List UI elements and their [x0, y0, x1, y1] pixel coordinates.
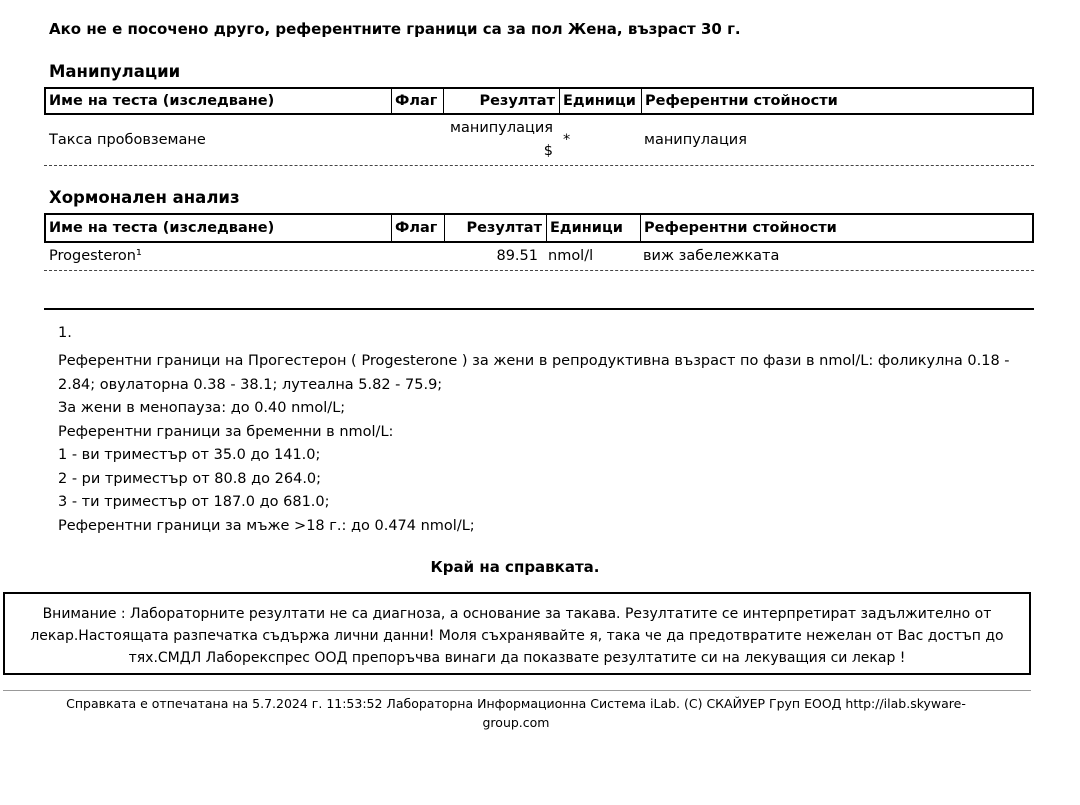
footnote-number: 1.	[58, 322, 72, 346]
end-of-report: Край на справката.	[0, 558, 1030, 576]
result-value: 89.51	[440, 248, 538, 264]
header-test-name: Име на теста (изследване)	[49, 89, 391, 113]
footnote-line: За жени в менопауза: до 0.40 nmol/L;	[58, 397, 1010, 421]
footnote-text: Референтни граници на Прогестерон ( Prog…	[58, 350, 1010, 538]
header-test-name: Име на теста (изследване)	[49, 215, 391, 241]
header-units: Единици	[559, 89, 641, 113]
footnote-line: 2 - ри триместър от 80.8 до 264.0;	[58, 468, 1010, 492]
row-divider	[44, 270, 1034, 271]
units-value: nmol/l	[548, 248, 593, 264]
header-flag: Флаг	[391, 89, 443, 113]
row-divider	[44, 165, 1034, 166]
print-footer: Справката е отпечатана на 5.7.2024 г. 11…	[10, 694, 1022, 732]
header-reference: Референтни стойности	[641, 89, 1032, 113]
header-result: Резултат	[443, 89, 559, 113]
footnote-line: 1 - ви триместър от 35.0 до 141.0;	[58, 444, 1010, 468]
footnote-line: Референтни граници на Прогестерон ( Prog…	[58, 350, 1010, 374]
disclaimer-box: Внимание : Лабораторните резултати не са…	[3, 592, 1031, 675]
reference-value: манипулация	[644, 132, 747, 148]
result-value: манипулация	[430, 120, 553, 136]
footnote-line: Референтни граници за бременни в nmol/L:	[58, 421, 1010, 445]
header-result: Резултат	[444, 215, 546, 241]
header-units: Единици	[546, 215, 640, 241]
footer-divider	[3, 690, 1031, 691]
footer-line: group.com	[10, 713, 1022, 732]
footnote-line: 3 - ти триместър от 187.0 до 681.0;	[58, 491, 1010, 515]
test-name: Такса пробовземане	[49, 132, 206, 148]
disclaimer-line: тях.СМДЛ Лаборекспрес ООД препоръчва вин…	[15, 647, 1019, 669]
units-value: *	[563, 132, 570, 148]
header-reference: Референтни стойности	[640, 215, 1032, 241]
reference-value: виж забележката	[643, 248, 779, 264]
section-title-hormonal-analysis: Хормонален анализ	[49, 188, 240, 207]
section-title-manipulations: Манипулации	[49, 62, 180, 81]
disclaimer-line: Внимание : Лабораторните резултати не са…	[15, 603, 1019, 625]
footnote-line: 2.84; овулаторна 0.38 - 38.1; лутеална 5…	[58, 374, 1010, 398]
result-value-currency: $	[430, 143, 553, 159]
reference-gender-age-note: Ако не е посочено друго, референтните гр…	[49, 20, 741, 38]
notes-separator	[44, 308, 1034, 310]
test-name: Progesteron¹	[49, 248, 142, 264]
footnote-line: Референтни граници за мъже >18 г.: до 0.…	[58, 515, 1010, 539]
manipulations-table-header: Име на теста (изследване) Флаг Резултат …	[44, 87, 1034, 115]
hormonal-table-header: Име на теста (изследване) Флаг Резултат …	[44, 213, 1034, 243]
disclaimer-line: лекар.Настоящата разпечатка съдържа личн…	[15, 625, 1019, 647]
footer-line: Справката е отпечатана на 5.7.2024 г. 11…	[10, 694, 1022, 713]
header-flag: Флаг	[391, 215, 444, 241]
